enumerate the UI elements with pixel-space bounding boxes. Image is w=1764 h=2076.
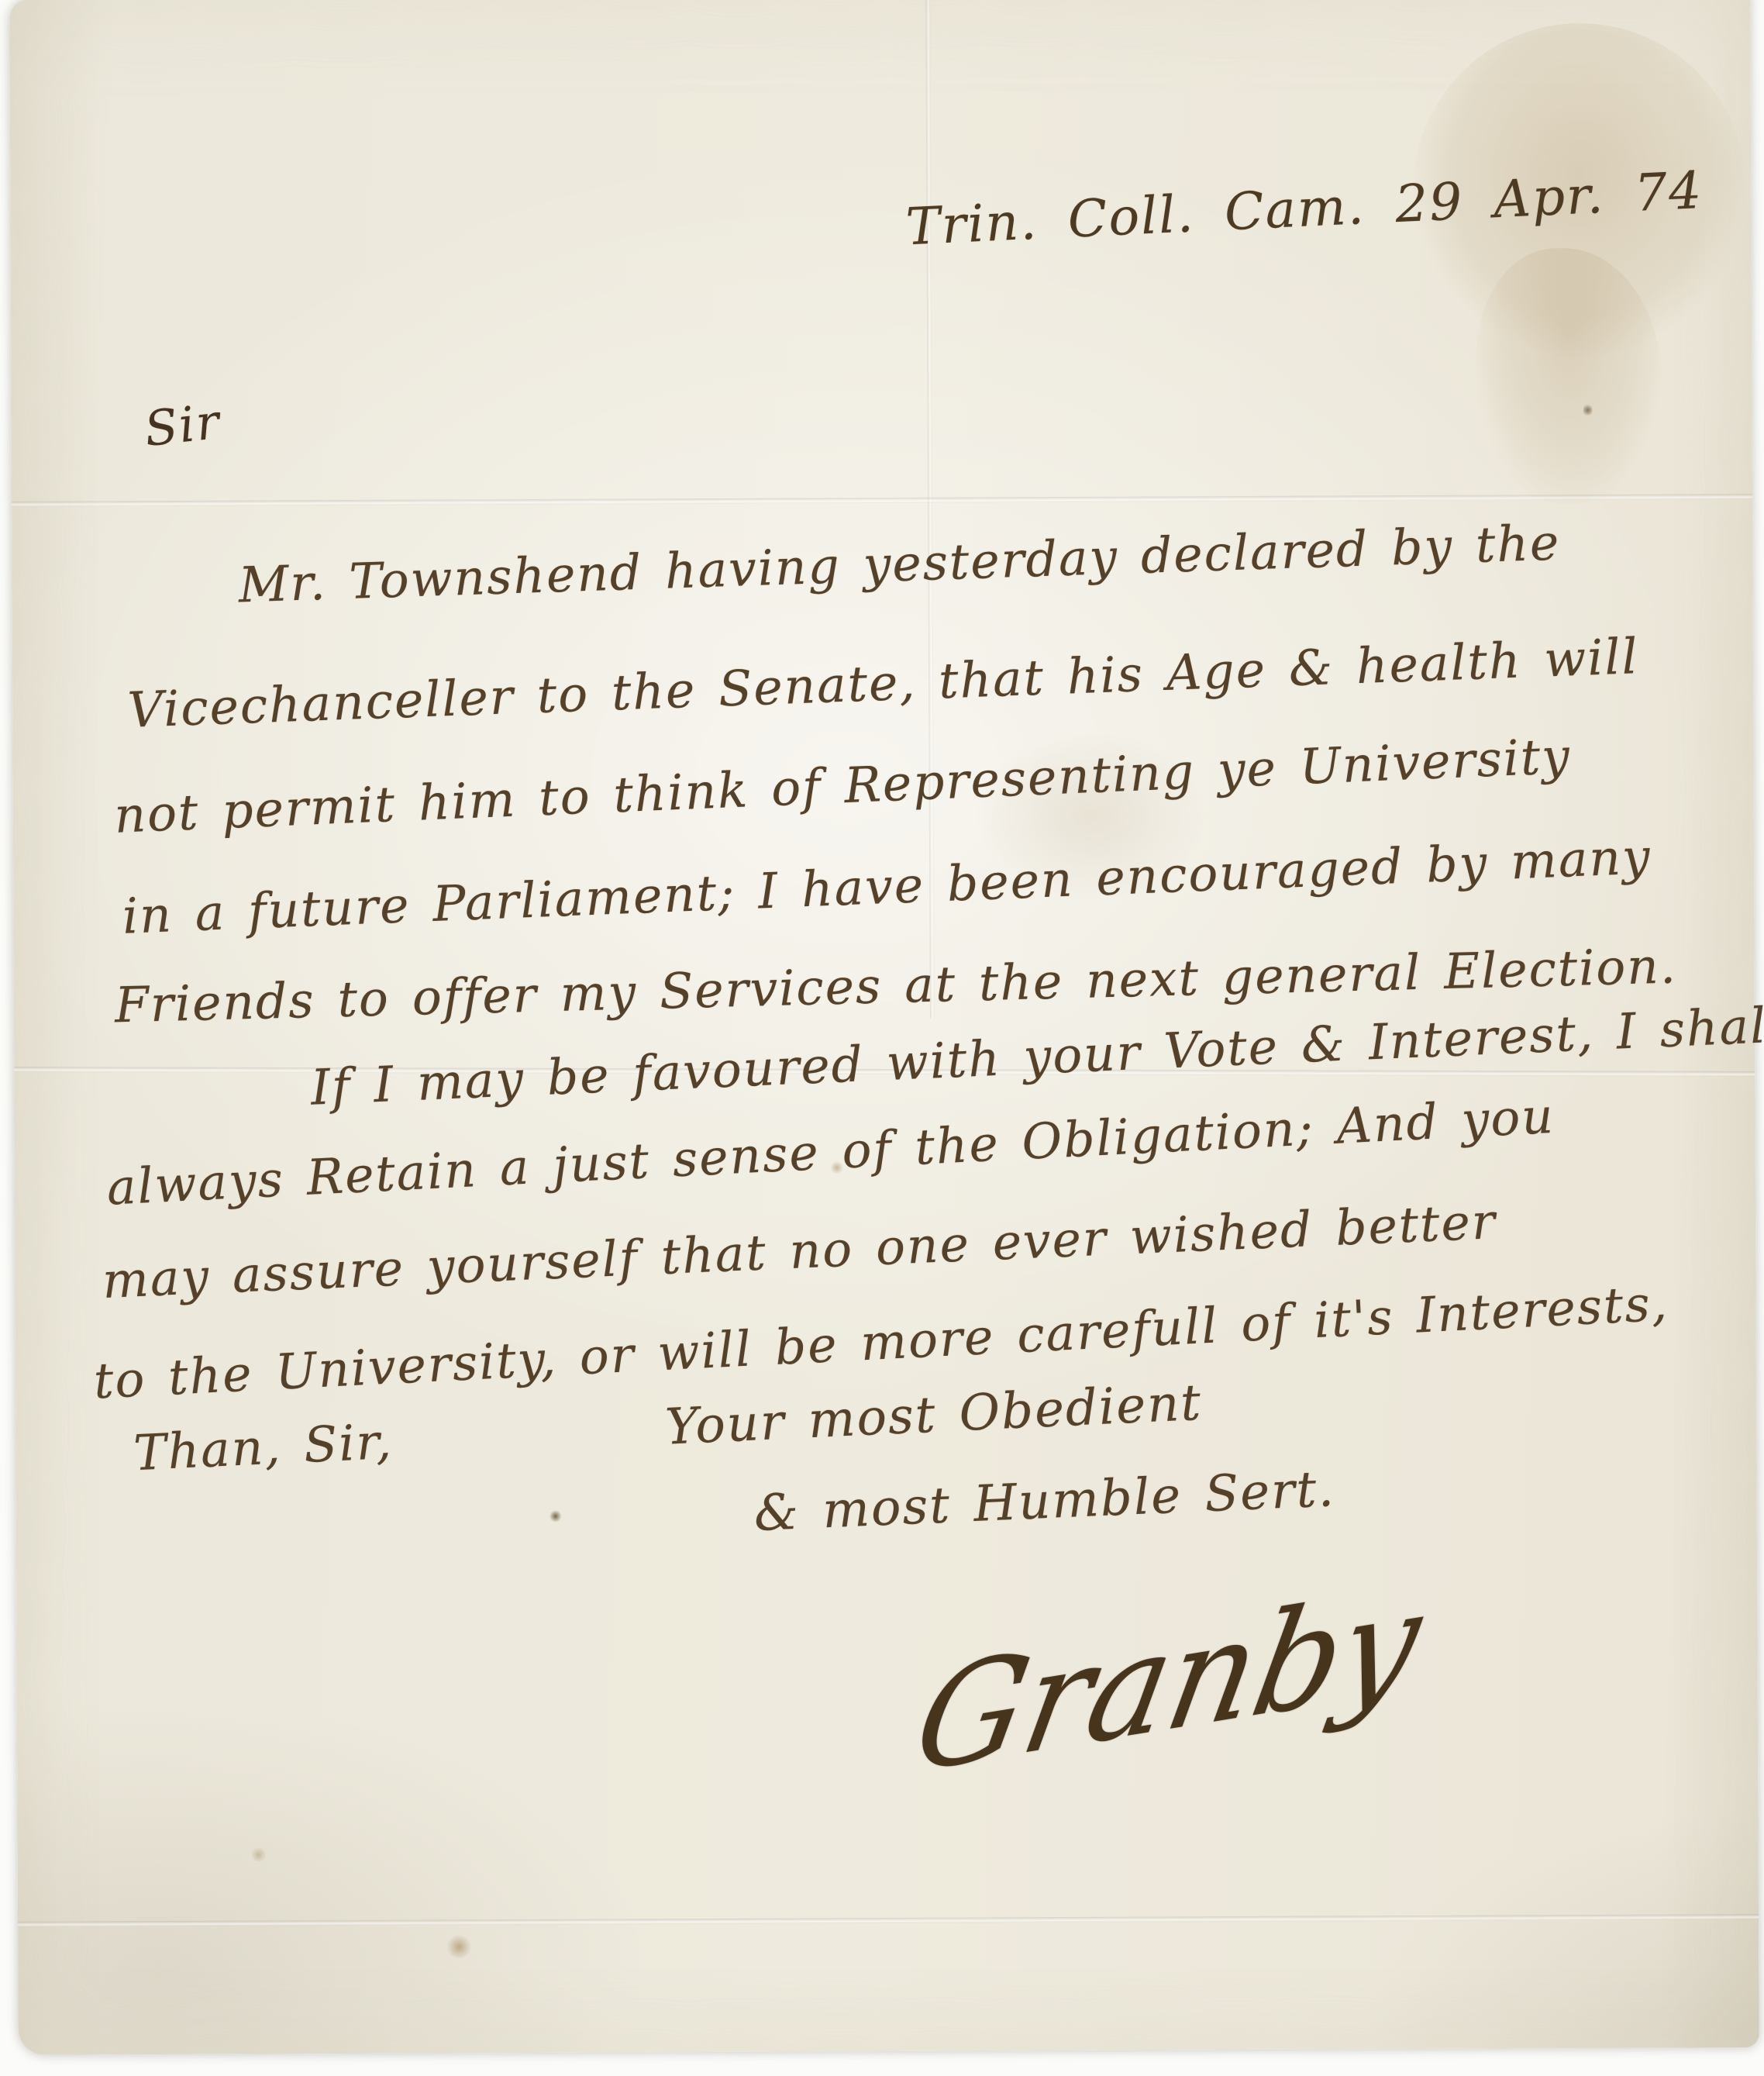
foxing-spot [446,1935,472,1958]
tea-stain-drip [1476,248,1662,505]
foxing-spot [550,1510,562,1523]
closing-inline: Than, Sir, [133,1417,394,1478]
body-line: in a future Parliament; I have been enco… [122,832,1652,940]
horizontal-fold-crease-top [12,494,1752,507]
closing-line-2: & most Humble Sert. [753,1464,1336,1539]
signature: Granby [906,1571,1432,1794]
letter-scan: Trin. Coll. Cam. 29 Apr. 74 Sir Mr. Town… [0,0,1764,2076]
body-line: Vicechanceller to the Senate, that his A… [127,632,1640,735]
body-line: not permit him to think of Representing … [113,732,1572,840]
horizontal-fold-crease-bottom [18,1914,1759,1927]
foxing-spot [250,1847,267,1861]
letter-dateline: Trin. Coll. Cam. 29 Apr. 74 [904,165,1704,253]
body-line: may assure yourself that no one ever wis… [102,1197,1497,1305]
closing-line-1: Your most Obedient [664,1378,1203,1453]
letter-paper: Trin. Coll. Cam. 29 Apr. 74 Sir Mr. Town… [9,0,1759,2055]
foxing-spot [1583,403,1593,417]
letter-salutation: Sir [143,398,223,453]
body-line: Mr. Townshend having yesterday declared … [238,518,1561,609]
